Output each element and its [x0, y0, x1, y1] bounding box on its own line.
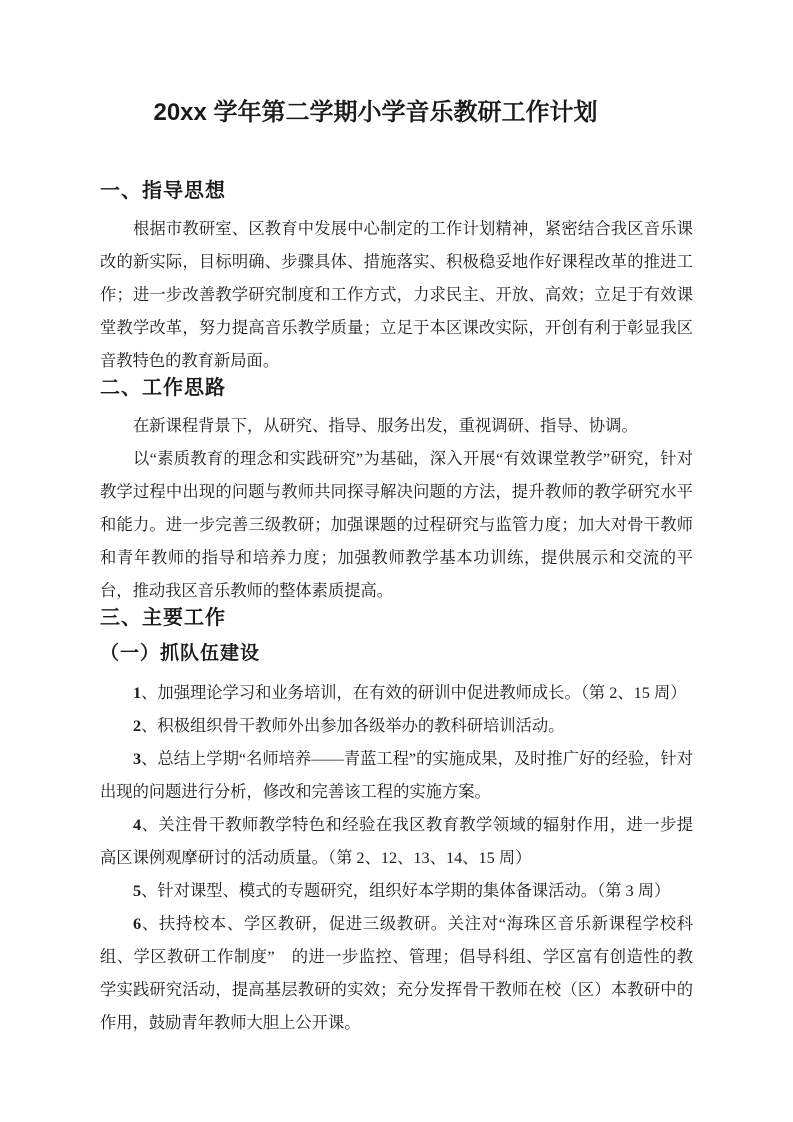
item-text: 、关注骨干教师教学特色和经验在我区教育教学领域的辐射作用，进一步提高区课例观摩研… — [100, 815, 693, 867]
work-item-3: 3、总结上学期“名师培养——青蓝工程”的实施成果，及时推广好的经验，针对出现的问… — [100, 742, 693, 808]
item-text: 、针对课型、模式的专题研究，组织好本学期的集体备课活动。（第 3 周） — [141, 881, 670, 900]
item-text: 、总结上学期“名师培养——青蓝工程”的实施成果，及时推广好的经验，针对出现的问题… — [100, 749, 693, 801]
work-item-5: 5、针对课型、模式的专题研究，组织好本学期的集体备课活动。（第 3 周） — [100, 874, 693, 907]
section-heading-guiding-ideology: 一、指导思想 — [100, 176, 693, 206]
paragraph-work-approach-2: 以“素质教育的理念和实践研究”为基础，深入开展“有效课堂教学”研究，针对教学过程… — [100, 442, 693, 607]
item-text: 、加强理论学习和业务培训，在有效的研训中促进教师成长。（第 2、15 周） — [141, 683, 686, 702]
section-heading-main-work: 三、主要工作 — [100, 603, 693, 633]
paragraph-guiding-ideology: 根据市教研室、区教育中发展中心制定的工作计划精神，紧密结合我区音乐课改的新实际，… — [100, 212, 693, 377]
item-number: 6 — [133, 914, 141, 933]
paragraph-work-approach-1: 在新课程背景下，从研究、指导、服务出发，重视调研、指导、协调。 — [100, 409, 693, 442]
work-item-4: 4、关注骨干教师教学特色和经验在我区教育教学领域的辐射作用，进一步提高区课例观摩… — [100, 808, 693, 874]
work-item-1: 1、加强理论学习和业务培训，在有效的研训中促进教师成长。（第 2、15 周） — [100, 676, 693, 709]
document-title: 20xx 学年第二学期小学音乐教研工作计划 — [100, 96, 693, 130]
item-text: 、扶持校本、学区教研，促进三级教研。关注对“海珠区音乐新课程学校科组、学区教研工… — [100, 914, 693, 1032]
item-number: 2 — [133, 716, 141, 735]
item-number: 5 — [133, 881, 141, 900]
item-text: 、积极组织骨干教师外出参加各级举办的教科研培训活动。 — [141, 716, 564, 735]
item-number: 1 — [133, 683, 141, 702]
work-item-6: 6、扶持校本、学区教研，促进三级教研。关注对“海珠区音乐新课程学校科组、学区教研… — [100, 907, 693, 1039]
item-number: 3 — [133, 749, 141, 768]
work-item-2: 2、积极组织骨干教师外出参加各级举办的教科研培训活动。 — [100, 709, 693, 742]
subsection-heading-team-building: （一）抓队伍建设 — [100, 639, 693, 669]
section-heading-work-approach: 二、工作思路 — [100, 373, 693, 403]
document-page: 20xx 学年第二学期小学音乐教研工作计划 一、指导思想 根据市教研室、区教育中… — [0, 0, 793, 1122]
item-number: 4 — [133, 815, 141, 834]
